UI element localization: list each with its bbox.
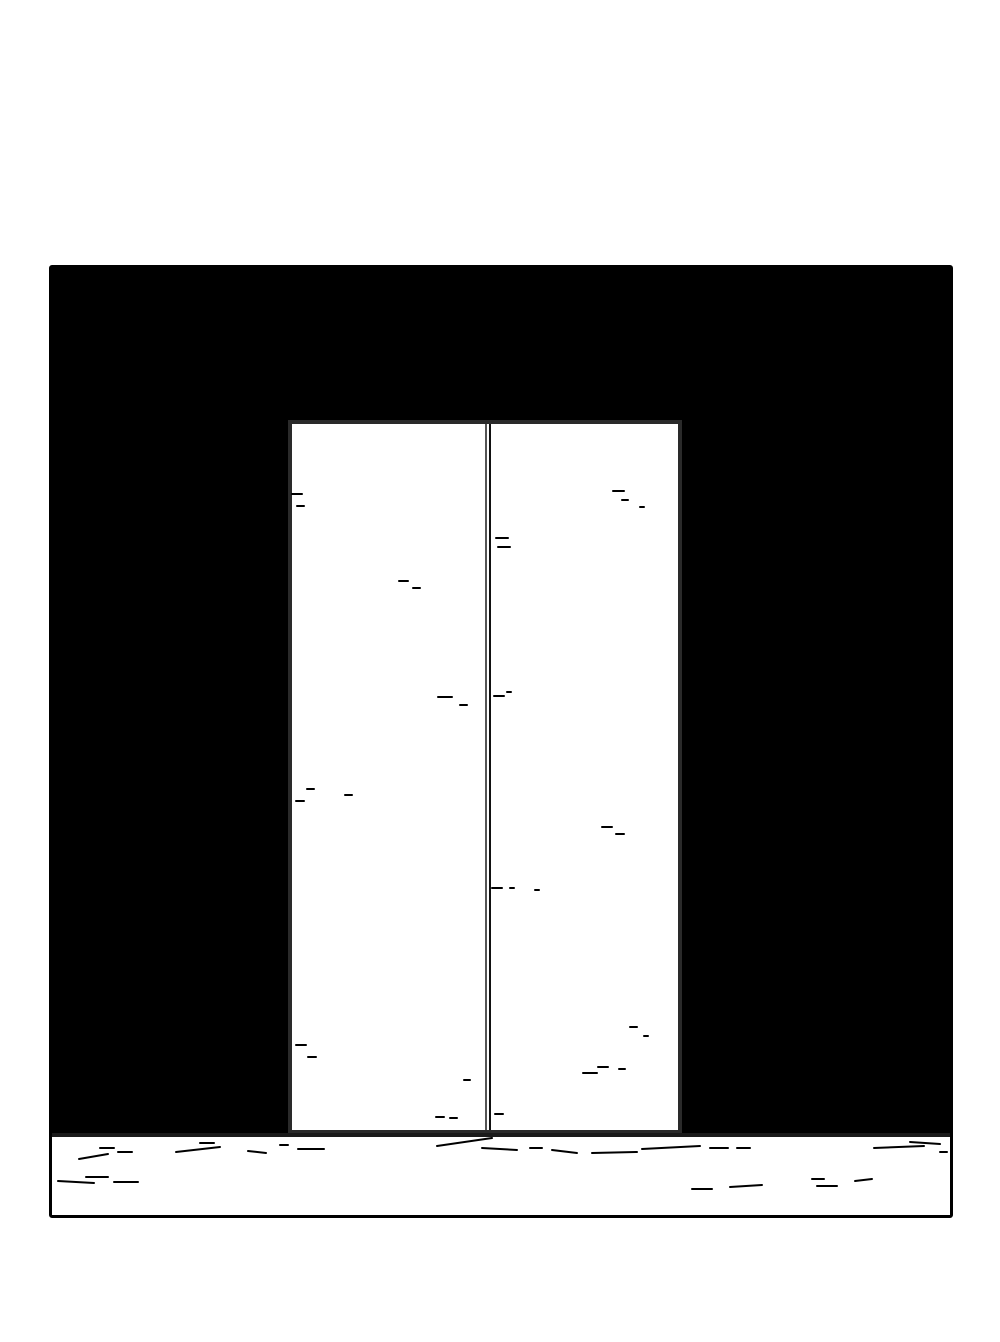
- door-seam: [485, 424, 491, 1130]
- floor: [52, 1133, 950, 1215]
- double-door: [288, 420, 682, 1134]
- comic-panel: [49, 265, 953, 1218]
